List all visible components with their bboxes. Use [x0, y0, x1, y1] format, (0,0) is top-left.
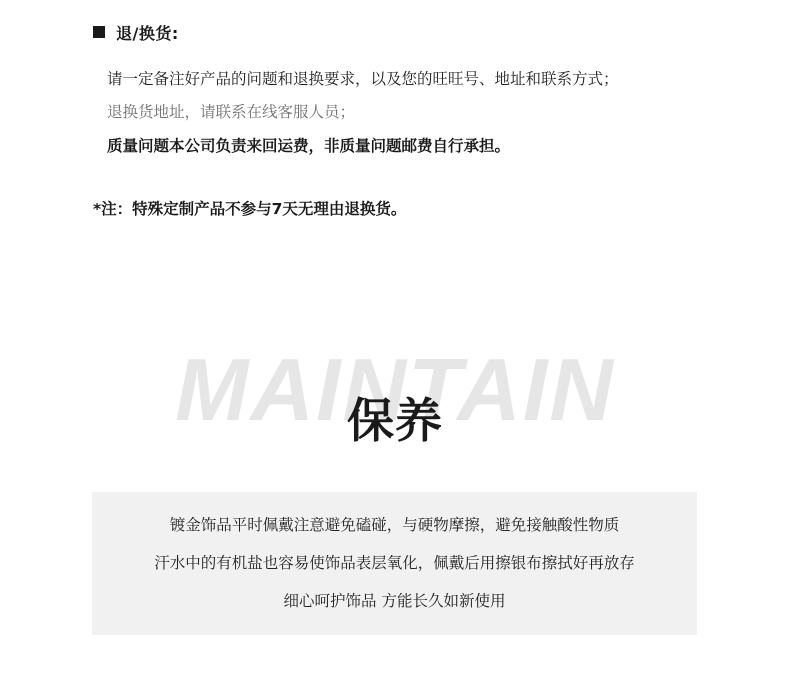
returns-address-line: 退换货地址，请联系在线客服人员； [107, 102, 355, 122]
returns-shipping-policy-line: 质量问题本公司负责来回运费，非质量问题邮费自行承担。 [107, 136, 510, 156]
returns-title: 退/换货: [116, 21, 179, 44]
custom-product-note: *注：特殊定制产品不参与7天无理由退换货。 [93, 199, 406, 219]
maintain-title: 保养 [0, 392, 790, 452]
square-bullet-icon [93, 26, 105, 38]
returns-heading: 退/换货: [93, 22, 179, 42]
care-instructions-box: 镀金饰品平时佩戴注意避免磕碰，与硬物摩擦，避免接触酸性物质 汗水中的有机盐也容易… [92, 492, 697, 635]
care-line: 镀金饰品平时佩戴注意避免磕碰，与硬物摩擦，避免接触酸性物质 [92, 515, 697, 535]
returns-instruction-line: 请一定备注好产品的问题和退换要求，以及您的旺旺号、地址和联系方式； [107, 69, 619, 89]
care-line: 细心呵护饰品 方能长久如新使用 [92, 591, 697, 611]
care-line: 汗水中的有机盐也容易使饰品表层氧化，佩戴后用擦银布擦拭好再放存 [92, 553, 697, 573]
